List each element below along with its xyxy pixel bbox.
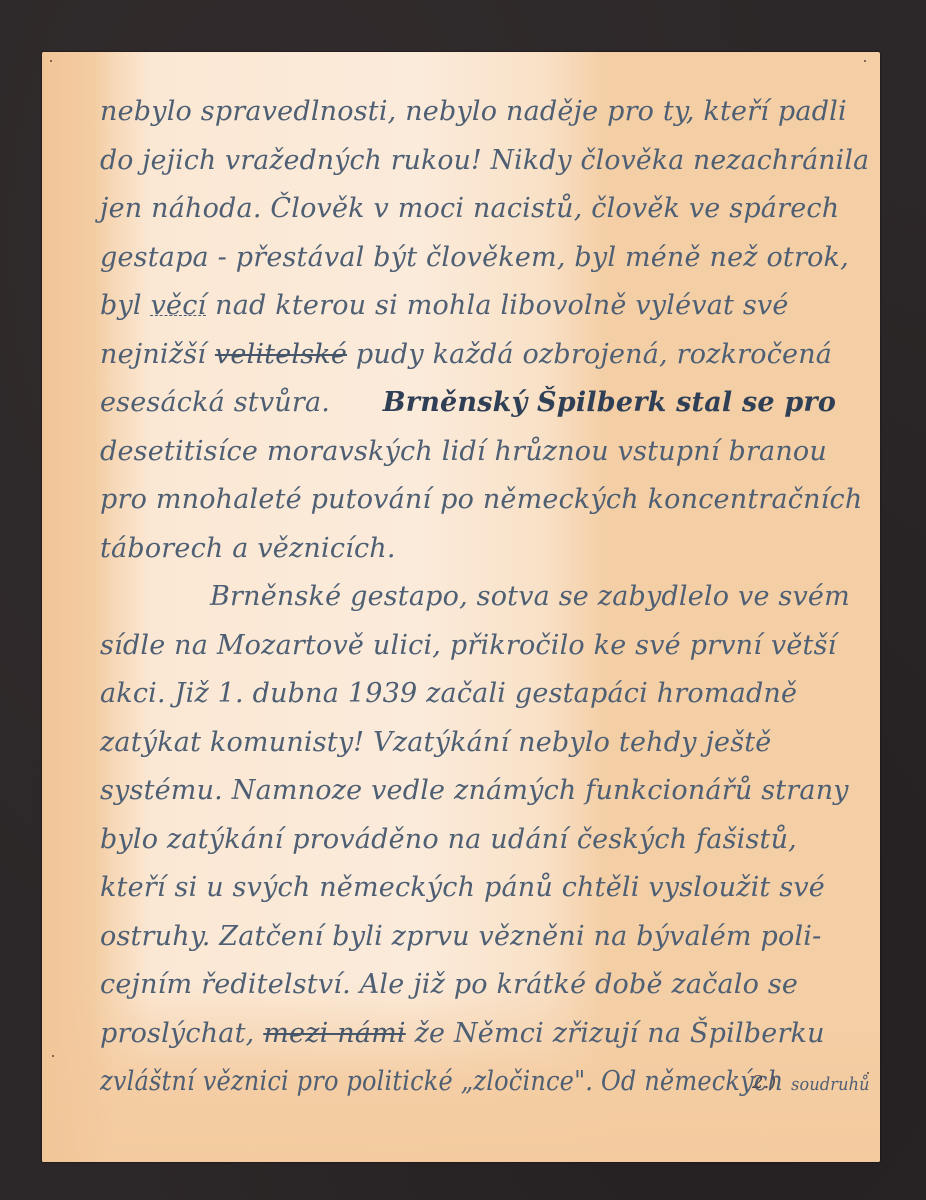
line-segment: kteří si u svých německých pánů chtěli v… — [100, 872, 825, 903]
text-line-18: ostruhy. Zatčení byli zprvu vězněni na b… — [100, 913, 870, 962]
text-line-6: nejnižší velitelské pudy každá ozbrojená… — [100, 331, 870, 380]
line-segment: jen náhoda. Člověk v moci nacistů, člově… — [100, 193, 839, 224]
text-line-2: do jejich vražedných rukou! Nikdy člověk… — [100, 137, 861, 186]
emphasized-text: Brněnský Špilberk stal se pro — [383, 387, 836, 418]
text-line-14: zatýkat komunisty! Vzatýkání nebylo tehd… — [100, 719, 870, 768]
text-line-11-paragraph-start: Brněnské gestapo, sotva se zabydlelo ve … — [100, 573, 870, 622]
page-number: 2.) — [752, 1072, 776, 1093]
paper-speck — [864, 60, 866, 62]
text-line-16: bylo zatýkání prováděno na udání českých… — [100, 816, 870, 865]
line-segment: gestapa - přestával být člověkem, byl mé… — [100, 242, 849, 273]
line-segment: nejnižší — [100, 339, 215, 370]
text-line-20: proslýchat, mezi námi že Němci zřizují n… — [100, 1010, 870, 1059]
line-segment: cejním ředitelství. Ale již po krátké do… — [100, 969, 798, 1000]
text-line-12: sídle na Mozartově ulici, přikročilo ke … — [100, 622, 870, 671]
text-line-5: byl věcí nad kterou si mohla libovolně v… — [100, 282, 870, 331]
line-segment: do jejich vražedných rukou! Nikdy člověk… — [100, 145, 869, 176]
text-line-4: gestapa - přestával být člověkem, byl mé… — [100, 234, 870, 283]
text-line-10: táborech a věznicích. — [100, 525, 870, 574]
line-segment: akci. Již 1. dubna 1939 začali gestapáci… — [100, 678, 797, 709]
line-segment: sídle na Mozartově ulici, přikročilo ke … — [100, 630, 836, 661]
line-segment: nad kterou si mohla libovolně vylévat sv… — [206, 290, 788, 321]
text-line-19: cejním ředitelství. Ale již po krátké do… — [100, 961, 870, 1010]
line-segment: bylo zatýkání prováděno na udání českých… — [100, 824, 797, 855]
line-segment: pudy každá ozbrojená, rozkročená — [347, 339, 832, 370]
text-line-8: desetitisíce moravských lidí hrůznou vst… — [100, 428, 870, 477]
text-line-3: jen náhoda. Člověk v moci nacistů, člově… — [100, 185, 870, 234]
paper-speck — [867, 1072, 869, 1074]
text-line-21: zvláštní věznici pro politické „zločince… — [100, 1058, 786, 1107]
line-segment: proslýchat, — [100, 1018, 263, 1049]
text-line-17: kteří si u svých německých pánů chtěli v… — [100, 864, 870, 913]
paper-speck — [52, 1055, 54, 1057]
line-segment: ostruhy. Zatčení byli zprvu vězněni na b… — [100, 921, 821, 952]
cramped-word: soudruhů — [791, 1074, 870, 1095]
document-page: nebylo spravedlnosti, nebylo naděje pro … — [42, 52, 880, 1162]
line-segment: byl — [100, 290, 151, 321]
line-segment: esesácká stvůra. — [100, 387, 383, 418]
line-segment: táborech a věznicích. — [100, 533, 396, 564]
line-segment: nebylo spravedlnosti, nebylo naděje pro … — [100, 96, 847, 127]
handwritten-text: nebylo spravedlnosti, nebylo naděje pro … — [100, 88, 870, 1107]
line-segment: zatýkat komunisty! Vzatýkání nebylo tehd… — [100, 727, 771, 758]
text-line-1: nebylo spravedlnosti, nebylo naděje pro … — [100, 88, 870, 137]
underlined-word: věcí — [151, 290, 207, 321]
struck-through-word: velitelské — [215, 339, 347, 370]
line-segment: Brněnské gestapo, sotva se zabydlelo ve … — [210, 581, 850, 612]
line-segment: že Němci zřizují na Špilberku — [406, 1018, 825, 1049]
line-segment: pro mnohaleté putování po německých konc… — [100, 484, 862, 515]
line-segment: zvláštní věznici pro politické „zločince… — [100, 1066, 791, 1097]
text-line-13: akci. Již 1. dubna 1939 začali gestapáci… — [100, 670, 870, 719]
text-line-15: systému. Namnoze vedle známých funkcioná… — [100, 767, 870, 816]
text-line-9: pro mnohaleté putování po německých konc… — [100, 476, 870, 525]
line-segment: desetitisíce moravských lidí hrůznou vst… — [100, 436, 827, 467]
struck-through-phrase: mezi námi — [263, 1018, 406, 1049]
line-segment: systému. Namnoze vedle známých funkcioná… — [100, 775, 849, 806]
text-line-7: esesácká stvůra. Brněnský Špilberk stal … — [100, 379, 870, 428]
paper-speck — [50, 60, 52, 62]
